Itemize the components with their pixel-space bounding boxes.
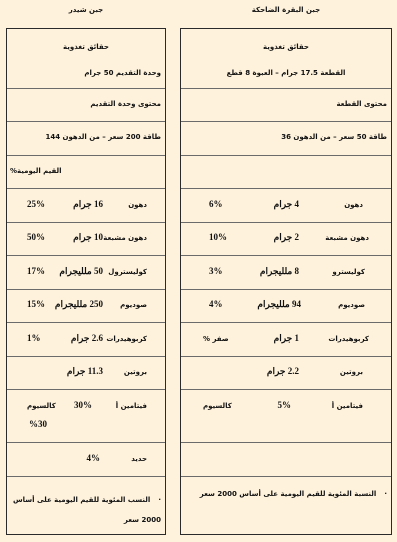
nutrient-dv: 10% — [209, 232, 227, 242]
laughing-cow-column-title: جبن البقرة الضاحكة — [180, 6, 392, 14]
calcium-label: كالسيوم — [27, 402, 56, 410]
nutrient-amount: 4 جرام — [274, 199, 299, 210]
nutrient-amount: 2.2 جرام — [267, 366, 299, 377]
vitamin-row: فيتامين أ 5% كالسيوم — [181, 390, 391, 443]
nutrient-row-sodium: صوديوم 94 ملليجرام 4% — [181, 290, 391, 323]
nutrient-row-sodium: صوديوم 250 ملليجرام 15% — [7, 290, 165, 323]
nutrition-facts-label: حقائق تغذوية — [181, 43, 391, 51]
nutrient-name: كربوهيدرات — [328, 335, 369, 343]
iron-label: حديد — [131, 455, 147, 463]
calcium-label: كالسيوم — [203, 402, 232, 410]
laughing-cow-nutrition-table: حقائق تغذوية القطعة 17.5 جرام – العبوة 8… — [180, 28, 392, 535]
header-row: حقائق تغذوية القطعة 17.5 جرام – العبوة 8… — [181, 29, 391, 89]
footnote: النسب المئوية للقيم اليومية على أساس 200… — [10, 490, 161, 530]
iron-row: حديد 4% — [7, 443, 165, 477]
nutrient-dv: 15% — [27, 299, 45, 309]
nutrient-name: دهون مشبعة — [325, 234, 369, 242]
nutrient-row-saturated-fat: دهون مشبعة 2 جرام 10% — [181, 223, 391, 256]
nutrient-amount: 16 جرام — [73, 199, 103, 210]
calories-value: طاقة 50 سعر – من الدهون 36 — [281, 133, 387, 141]
nutrient-dv: 6% — [209, 199, 223, 209]
footnote-row: النسب المئوية للقيم اليومية على أساس 200… — [7, 477, 165, 534]
nutrient-dv: 25% — [27, 199, 45, 209]
nutrient-name: كربوهيدرات — [106, 335, 147, 343]
calories-value: طاقة 200 سعر – من الدهون 144 — [45, 133, 161, 141]
nutrient-row-cholesterol: كوليسترول 50 ملليجرام 17% — [7, 256, 165, 290]
cheddar-nutrition-table: حقائق تغذوية وحدة التقديم 50 جرام محتوى … — [6, 28, 166, 535]
nutrient-dv: 50% — [27, 232, 45, 242]
nutrient-name: بروتين — [124, 368, 147, 376]
nutrient-amount: 8 ملليجرام — [260, 266, 299, 277]
footnote: النسبة المئوية للقيم اليومية على أساس 20… — [200, 490, 387, 498]
nutrient-name: دهون — [344, 201, 363, 209]
calories-row: طاقة 50 سعر – من الدهون 36 — [181, 122, 391, 156]
daily-values-row: القيم اليومية% — [7, 156, 165, 189]
iron-value: 4% — [87, 453, 101, 463]
nutrient-dv: 4% — [209, 299, 223, 309]
serving-size: القطعة 17.5 جرام – العبوة 8 قطع — [181, 69, 391, 77]
daily-values-label: القيم اليومية% — [10, 167, 62, 175]
nutrient-name: بروتين — [340, 368, 363, 376]
nutrient-row-fat: دهون 4 جرام 6% — [181, 189, 391, 223]
cheddar-column-title: جبن شيدر — [6, 6, 166, 14]
contents-label: محتوى القطعة — [336, 100, 387, 108]
vitamin-a-value: 30% — [74, 400, 92, 410]
nutrient-name: صوديوم — [338, 301, 365, 309]
vitamin-a-label: فيتامين أ — [332, 402, 363, 410]
contents-row: محتوى القطعة — [181, 89, 391, 122]
nutrient-row-protein: بروتين 11.3 جرام — [7, 357, 165, 390]
vitamin-row: فيتامين أ 30% كالسيوم %30 — [7, 390, 165, 443]
nutrient-row-saturated-fat: دهون مشبعة 10 جرام 50% — [7, 223, 165, 256]
daily-values-row — [181, 156, 391, 189]
vitamin-a-label: فيتامين أ — [116, 402, 147, 410]
nutrient-row-carbohydrates: كربوهيدرات 1 جرام صفر % — [181, 323, 391, 357]
nutrient-name: كوليسترول — [108, 268, 147, 276]
nutrient-dv: 3% — [209, 266, 223, 276]
iron-row — [181, 443, 391, 477]
nutrient-row-carbohydrates: كربوهيدرات 2.6 جرام 1% — [7, 323, 165, 357]
nutrient-amount: 2 جرام — [274, 232, 299, 243]
nutrient-amount: 2.6 جرام — [71, 333, 103, 344]
nutrient-amount: 250 ملليجرام — [55, 299, 103, 310]
nutrition-facts-label: حقائق تغذوية — [7, 43, 165, 51]
nutrient-row-cholesterol: كوليسترو 8 ملليجرام 3% — [181, 256, 391, 290]
nutrient-row-fat: دهون 16 جرام 25% — [7, 189, 165, 223]
nutrient-amount: 94 ملليجرام — [257, 299, 301, 310]
nutrient-name: صوديوم — [120, 301, 147, 309]
calcium-value: %30 — [29, 419, 47, 429]
nutrient-row-protein: بروتين 2.2 جرام — [181, 357, 391, 390]
nutrient-amount: 50 ملليجرام — [59, 266, 103, 277]
nutrient-name: كوليسترو — [332, 268, 365, 276]
header-row: حقائق تغذوية وحدة التقديم 50 جرام — [7, 29, 165, 89]
footnote-row: النسبة المئوية للقيم اليومية على أساس 20… — [181, 477, 391, 534]
serving-size: وحدة التقديم 50 جرام — [84, 69, 161, 77]
nutrient-amount: 1 جرام — [274, 333, 299, 344]
nutrient-amount: 11.3 جرام — [67, 366, 103, 377]
nutrient-amount: 10 جرام — [73, 232, 103, 243]
vitamin-a-value: 5% — [278, 400, 292, 410]
contents-row: محتوى وحدة التقديم — [7, 89, 165, 122]
nutrient-name: دهون — [128, 201, 147, 209]
nutrient-dv: 1% — [27, 333, 41, 343]
nutrient-dv: 17% — [27, 266, 45, 276]
nutrient-dv: صفر % — [203, 335, 229, 343]
nutrient-name: دهون مشبعة — [103, 234, 147, 242]
calories-row: طاقة 200 سعر – من الدهون 144 — [7, 122, 165, 156]
contents-label: محتوى وحدة التقديم — [90, 100, 161, 108]
